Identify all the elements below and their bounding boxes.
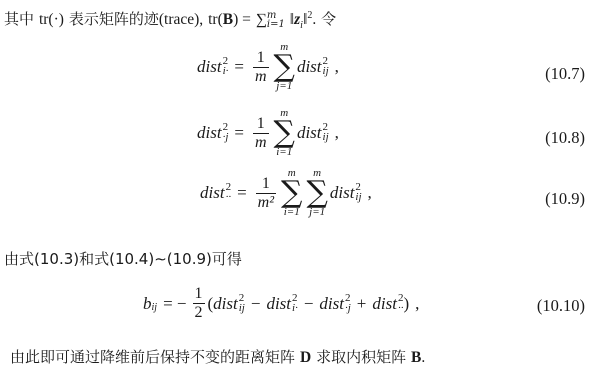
sigma-icon: ∑: [306, 179, 327, 207]
term-scripts: 2ij: [323, 56, 329, 76]
equation-number-10-10: (10.10): [537, 296, 585, 316]
sup: 2: [345, 293, 351, 303]
term-sub: ij: [323, 66, 329, 76]
frac-den: m²: [256, 194, 276, 212]
lhs-scripts: 2i·: [223, 56, 229, 76]
sum-lower: j=1: [276, 81, 292, 92]
term-sub: ij: [355, 192, 361, 202]
equals-sign: =: [234, 123, 244, 143]
trace-word: (trace),: [159, 11, 203, 28]
intro-prefix: 其中: [4, 10, 34, 28]
trB-open: tr(: [208, 11, 223, 28]
intro-line: 其中 tr(·) 表示矩阵的迹(trace), tr(B) = ∑mi=1 ‖z…: [4, 8, 336, 31]
eq-comma: ,: [335, 57, 339, 77]
term-1-scripts: 2ij: [239, 293, 245, 313]
sub: ··: [398, 303, 404, 313]
sub: ij: [239, 303, 245, 313]
sup: 2: [398, 293, 404, 303]
sub: i·: [292, 303, 298, 313]
fraction: 1m: [253, 49, 269, 86]
conclusion-part1: 由此即可通过降维前后保持不变的距离矩阵: [10, 348, 295, 366]
derive-line: 由式(10.3)和式(10.4)∼(10.9)可得: [4, 248, 242, 269]
summation-i: m∑i=1: [281, 168, 302, 218]
equals-sign: =: [234, 57, 244, 77]
sup: 2: [292, 293, 298, 303]
trace-operator: tr(·): [39, 11, 64, 28]
equals-minus: = −: [163, 294, 186, 314]
summation: m∑j=1: [274, 42, 295, 92]
matrix-B: B: [411, 349, 421, 366]
term-sub: ij: [323, 132, 329, 142]
lhs-scripts: 2·j: [223, 122, 229, 142]
sum-symbol: ∑: [256, 11, 267, 28]
frac-den: m: [253, 68, 269, 86]
sum-limits: mi=1: [267, 11, 285, 29]
trB-close: ) =: [233, 11, 251, 28]
equation-10-8: dist2·j = 1m m∑i=1 dist2ij ,: [197, 108, 339, 158]
term-scripts: 2ij: [323, 122, 329, 142]
frac-num: 1: [193, 285, 205, 303]
conclusion-line: 由此即可通过降维前后保持不变的距离矩阵 D 求取内积矩阵 B.: [10, 346, 425, 367]
frac-num: 1: [255, 115, 267, 133]
frac-den: m: [253, 134, 269, 152]
eq-lhs: dist: [197, 57, 222, 77]
eq-term: dist: [297, 57, 322, 77]
sub: ·j: [345, 303, 351, 313]
term-2: dist: [266, 294, 291, 314]
eq-term: dist: [297, 123, 322, 143]
equation-number-10-9: (10.9): [545, 189, 585, 209]
sigma-icon: ∑: [274, 53, 295, 81]
sup: 2: [239, 293, 245, 303]
equation-10-7: dist2i· = 1m m∑j=1 dist2ij ,: [197, 42, 339, 92]
term-4: dist: [372, 294, 397, 314]
frac-num: 1: [260, 175, 272, 193]
sigma-icon: ∑: [274, 119, 295, 147]
plus: +: [357, 294, 367, 314]
intro-period: .: [312, 11, 316, 28]
term-2-scripts: 2i·: [292, 293, 298, 313]
term-1: dist: [213, 294, 238, 314]
conclusion-period: .: [421, 349, 425, 366]
paren-close: ): [403, 294, 409, 314]
frac-num: 1: [255, 49, 267, 67]
term-3: dist: [319, 294, 344, 314]
matrix-D: D: [300, 349, 311, 366]
fraction: 1m: [253, 115, 269, 152]
intro-middle: 表示矩阵的迹: [69, 10, 159, 28]
matrix-B: B: [223, 11, 233, 28]
eq-lhs: dist: [200, 183, 225, 203]
eq-lhs: dist: [197, 123, 222, 143]
eq-comma: ,: [335, 123, 339, 143]
sum-lower: i=1: [284, 207, 300, 218]
minus-1: −: [251, 294, 261, 314]
minus-2: −: [304, 294, 314, 314]
equation-10-10: bij = − 12 ( dist2ij − dist2i· − dist2·j…: [143, 285, 419, 322]
summation-j: m∑j=1: [306, 168, 327, 218]
eq-term: dist: [330, 183, 355, 203]
eq-comma: ,: [415, 294, 419, 314]
intro-ling: 令: [321, 10, 336, 28]
equals-sign: =: [237, 183, 247, 203]
summation: m∑i=1: [274, 108, 295, 158]
equation-number-10-8: (10.8): [545, 128, 585, 148]
conclusion-part2: 求取内积矩阵: [316, 348, 406, 366]
sigma-icon: ∑: [281, 179, 302, 207]
fraction-half: 12: [193, 285, 205, 322]
sum-lower: i=1: [276, 147, 292, 158]
frac-den: 2: [193, 304, 205, 322]
sum-lower: i=1: [267, 20, 285, 29]
eq-comma: ,: [368, 183, 372, 203]
lhs-scripts: 2··: [226, 182, 232, 202]
term-4-scripts: 2··: [398, 293, 404, 313]
lhs-sub: ··: [226, 192, 232, 202]
term-3-scripts: 2·j: [345, 293, 351, 313]
b-sub: ij: [152, 302, 158, 313]
lhs-sub: ·j: [223, 132, 229, 142]
equation-10-9: dist2·· = 1m² m∑i=1 m∑j=1 dist2ij ,: [200, 168, 372, 218]
sum-lower: j=1: [309, 207, 325, 218]
lhs-sub: i·: [223, 66, 229, 76]
term-scripts: 2ij: [355, 182, 361, 202]
fraction: 1m²: [256, 175, 276, 212]
equation-number-10-7: (10.7): [545, 64, 585, 84]
b-lhs: b: [143, 294, 152, 314]
